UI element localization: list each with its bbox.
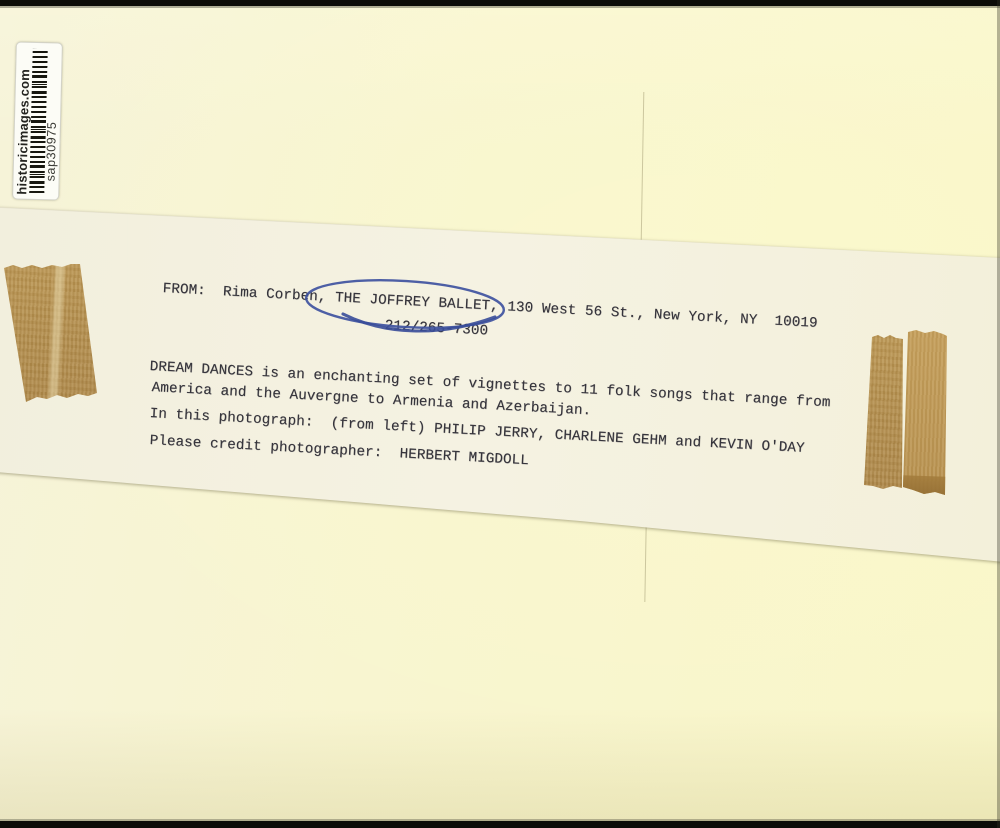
caption-slip: FROM: Rima Corben, THE JOFFREY BALLET, 1… xyxy=(0,200,1000,580)
sticker-code-label: sap30975 xyxy=(44,47,61,195)
slip-top-edge xyxy=(0,206,1000,259)
tape-strip-right-outer xyxy=(902,330,948,498)
barcode-sticker: historicimages.com sap30975 xyxy=(12,41,63,200)
scan-edge-bottom-shadow xyxy=(0,819,1000,821)
caption-slip-shadow: FROM: Rima Corben, THE JOFFREY BALLET, 1… xyxy=(0,200,1000,580)
scan-edge-top-shadow xyxy=(0,6,1000,8)
caption-line-from: FROM: Rima Corben, THE JOFFREY BALLET, 1… xyxy=(162,282,818,332)
caption-line-phone: 212/265-7300 xyxy=(384,319,488,339)
scan-edge-bottom xyxy=(0,821,1000,828)
caption-line-credit: Please credit photographer: HERBERT MIGD… xyxy=(149,434,529,469)
barcode-sticker-face: historicimages.com sap30975 xyxy=(12,41,63,200)
photo-back-scan: FROM: Rima Corben, THE JOFFREY BALLET, 1… xyxy=(0,0,1000,828)
tape-crease-highlight xyxy=(48,255,65,415)
